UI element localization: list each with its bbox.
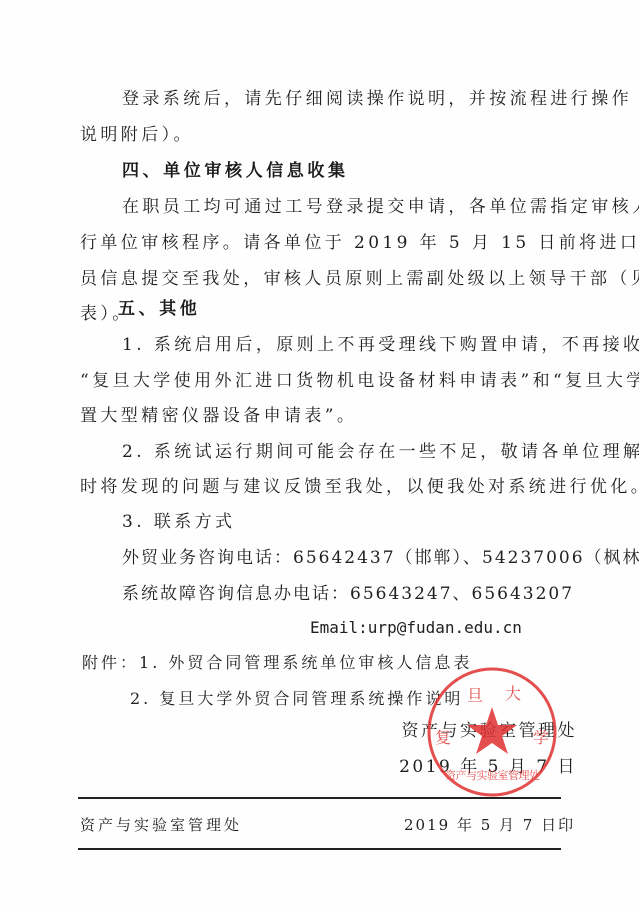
item-2-line2: 时将发现的问题与建议反馈至我处，以便我处对系统进行优化。 xyxy=(80,476,580,498)
contact-email[interactable]: Email:urp@fudan.edu.cn xyxy=(310,618,522,637)
paragraph-section4-line3: 员信息提交至我处，审核人员原则上需副处级以上领导干部（见附 xyxy=(80,268,580,290)
document-page: 登录系统后，请先仔细阅读操作说明，并按流程进行操作（操作 说明附后）。 四、单位… xyxy=(0,0,639,906)
paragraph-section4-line2: 行单位审核程序。请各单位于 2019 年 5 月 15 日前将进口货物审核人 xyxy=(80,232,580,254)
item-1-line1: 1. 系统启用后，原则上不再受理线下购置申请，不再接收纸质版 xyxy=(122,334,622,356)
item-3-contact-heading: 3. 联系方式 xyxy=(122,511,622,533)
signature-office: 资产与实验室管理处 xyxy=(402,716,578,741)
item-2-line1: 2. 系统试运行期间可能会存在一些不足，敬请各单位理解，并及 xyxy=(122,441,622,463)
attachments-block: 附件：1. 外贸合同管理系统单位审核人信息表 xyxy=(82,652,472,674)
paragraph-section4-line1: 在职员工均可通过工号登录提交申请，各单位需指定审核人员履 xyxy=(122,196,622,218)
item-1-line2: “复旦大学使用外汇进口货物机电设备材料申请表”和“复旦大学购 xyxy=(80,370,580,392)
svg-text:大: 大 xyxy=(505,684,521,703)
signature-date: 2019 年 5 月 7 日 xyxy=(399,752,577,777)
contact-trade-phone: 外贸业务咨询电话：65642437（邯郸）、54237006（枫林） xyxy=(122,547,622,569)
svg-text:旦: 旦 xyxy=(467,686,483,705)
footer-issuer: 资产与实验室管理处 xyxy=(80,814,242,835)
attachment-item-1: 1. 外贸合同管理系统单位审核人信息表 xyxy=(139,653,472,672)
footer-rule-top xyxy=(78,797,561,799)
contact-fault-phone: 系统故障咨询信息办电话：65643247、65643207 xyxy=(122,583,622,605)
paragraph-login-instruction: 登录系统后，请先仔细阅读操作说明，并按流程进行操作（操作 xyxy=(122,88,622,110)
attachment-item-2: 2. 复旦大学外贸合同管理系统操作说明 xyxy=(130,688,463,710)
attachments-label: 附件： xyxy=(82,653,139,672)
paragraph-login-instruction-cont: 说明附后）。 xyxy=(80,124,580,146)
footer-printed-date: 2019 年 5 月 7 日印 xyxy=(404,814,575,835)
section-heading-4: 四、单位审核人信息收集 xyxy=(122,160,622,182)
item-1-line3: 置大型精密仪器设备申请表”。 xyxy=(80,405,580,427)
footer-rule-bottom xyxy=(78,848,561,850)
section-heading-5: 五、其他 xyxy=(118,298,618,320)
